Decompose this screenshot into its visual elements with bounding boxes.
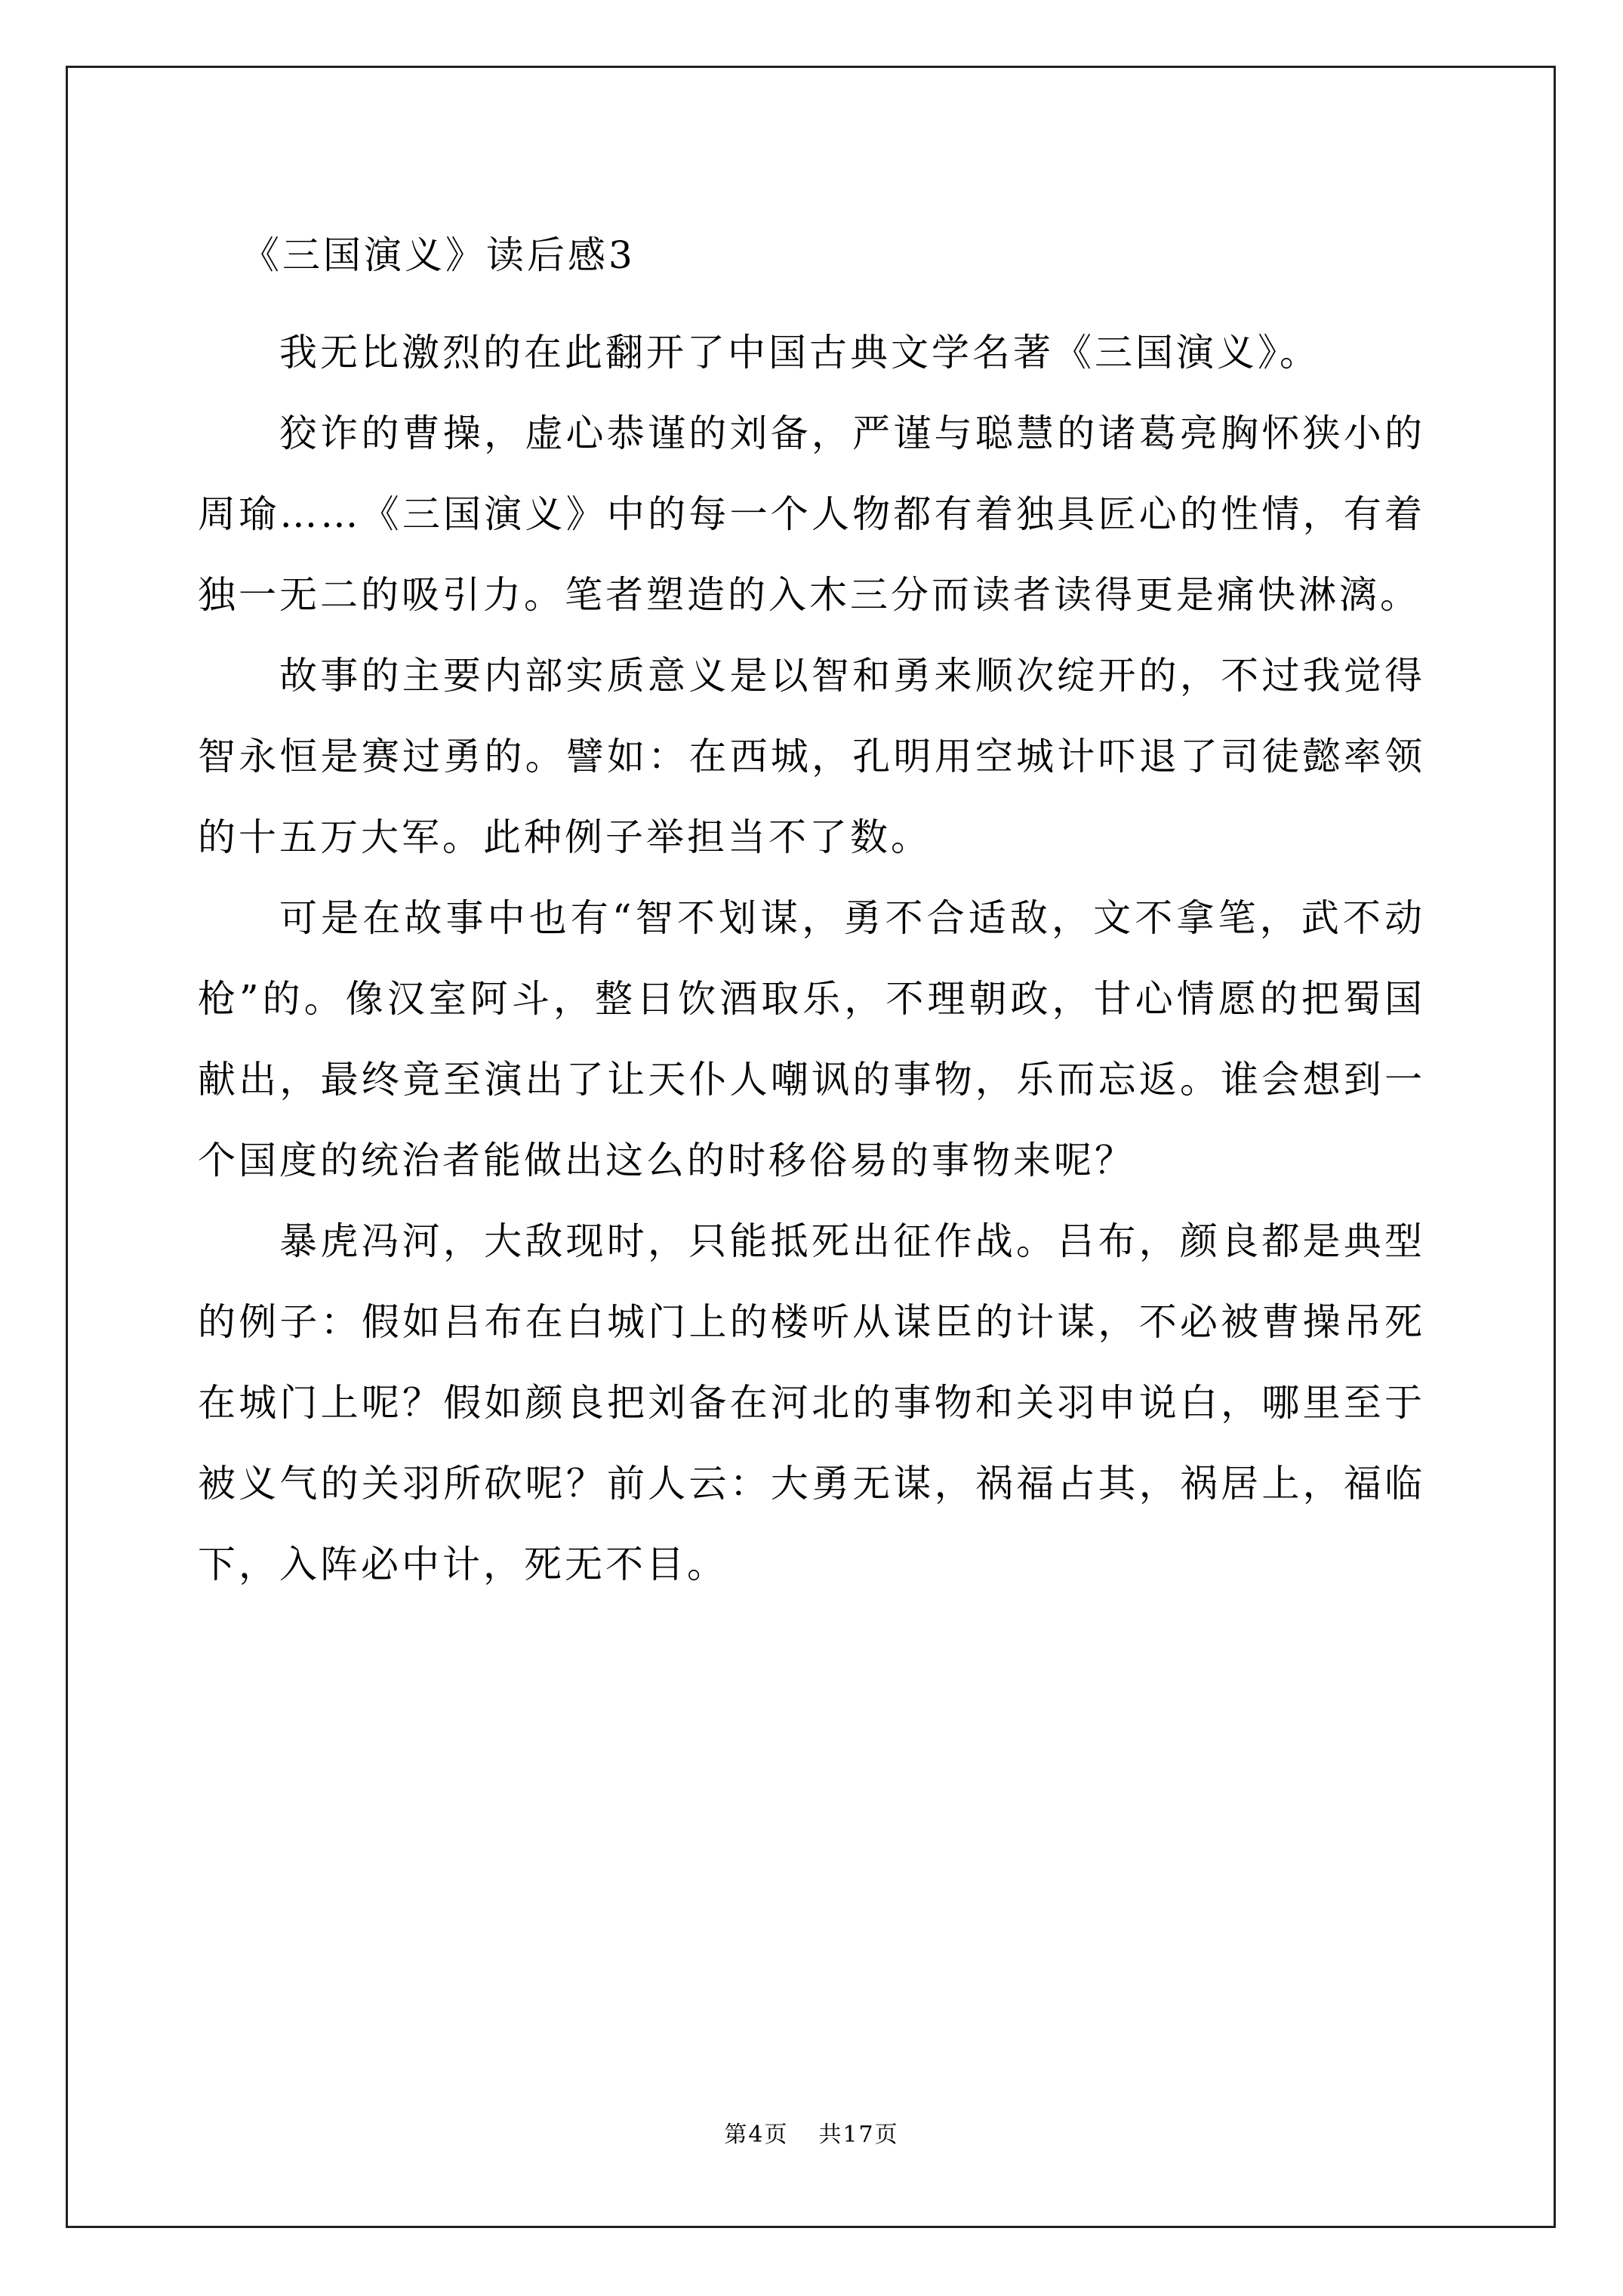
paragraph: 我无比激烈的在此翻开了中国古典文学名著《三国演义》。 bbox=[198, 313, 1425, 393]
total-pages-label: 共17页 bbox=[818, 2120, 898, 2150]
paragraph: 暴虎冯河，大敌现时，只能抵死出征作战。吕布，颜良都是典型的例子：假如吕布在白城门… bbox=[198, 1201, 1425, 1605]
page-footer: 第4页共17页 bbox=[0, 2120, 1623, 2150]
document-body: 《三国演义》读后感3 我无比激烈的在此翻开了中国古典文学名著《三国演义》。 狡诈… bbox=[198, 215, 1425, 1605]
paragraph: 狡诈的曹操，虚心恭谨的刘备，严谨与聪慧的诸葛亮胸怀狭小的周瑜……《三国演义》中的… bbox=[198, 393, 1425, 636]
paragraph: 故事的主要内部实质意义是以智和勇来顺次绽开的，不过我觉得智永恒是赛过勇的。譬如：… bbox=[198, 636, 1425, 878]
current-page-label: 第4页 bbox=[724, 2120, 788, 2150]
document-title: 《三国演义》读后感3 bbox=[198, 215, 1425, 296]
paragraph: 可是在故事中也有“智不划谋，勇不合适敌，文不拿笔，武不动枪”的。像汉室阿斗，整日… bbox=[198, 878, 1425, 1201]
